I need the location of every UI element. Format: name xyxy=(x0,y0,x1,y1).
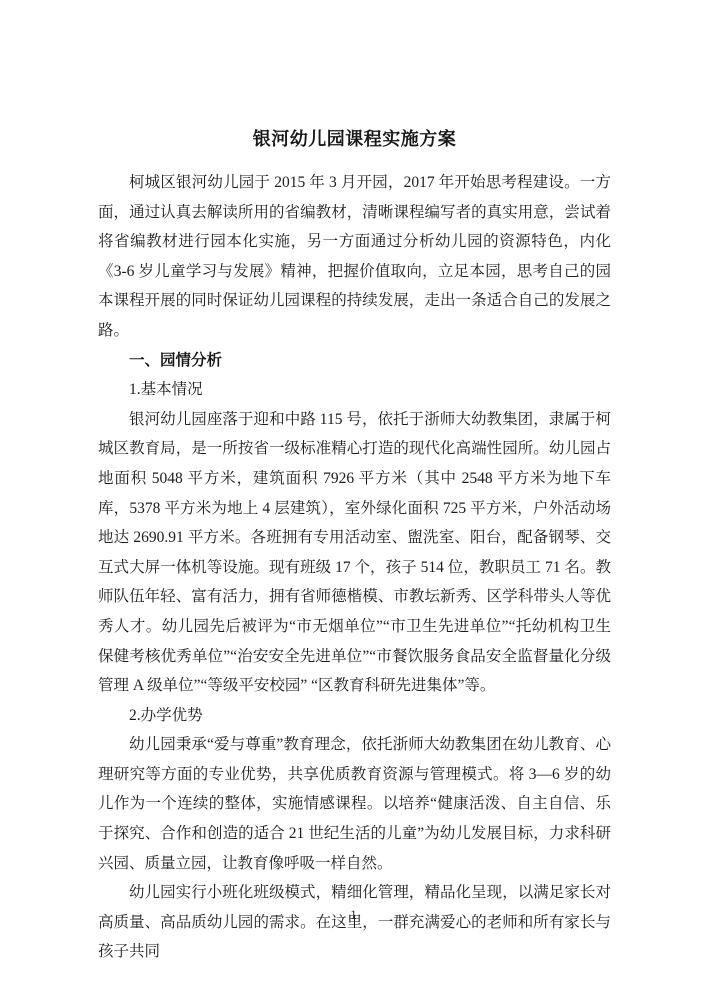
document-title: 银河幼儿园课程实施方案 xyxy=(98,124,611,154)
paragraph: 2.办学优势 xyxy=(98,701,611,731)
page-number: 1 xyxy=(0,906,707,924)
paragraph: 银河幼儿园座落于迎和中路 115 号，依托于浙师大幼教集团，隶属于柯城区教育局，… xyxy=(98,405,611,701)
paragraph: 柯城区银河幼儿园于 2015 年 3 月开园，2017 年开始思考程建设。一方面… xyxy=(98,168,611,346)
paragraph: 1.基本情况 xyxy=(98,375,611,405)
document-page: 银河幼儿园课程实施方案 柯城区银河幼儿园于 2015 年 3 月开园，2017 … xyxy=(0,0,707,999)
document-content: 银河幼儿园课程实施方案 柯城区银河幼儿园于 2015 年 3 月开园，2017 … xyxy=(98,124,611,967)
document-body: 柯城区银河幼儿园于 2015 年 3 月开园，2017 年开始思考程建设。一方面… xyxy=(98,168,611,967)
paragraph: 幼儿园秉承“爱与尊重”教育理念，依托浙师大幼教集团在幼儿教育、心理研究等方面的专… xyxy=(98,730,611,878)
paragraph: 一、园情分析 xyxy=(98,346,611,376)
